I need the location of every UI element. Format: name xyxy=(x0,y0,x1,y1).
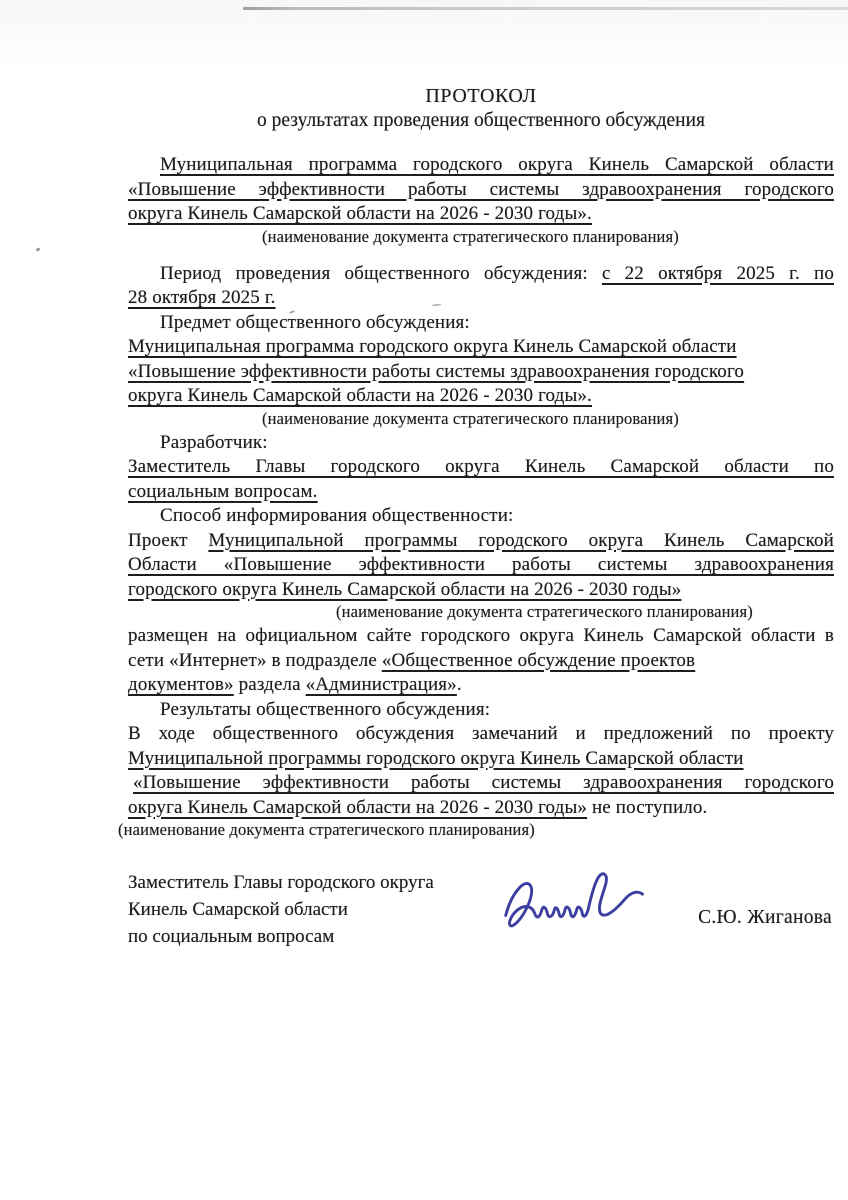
text-line: размещен на официальном сайте городского… xyxy=(128,624,834,649)
caption-line: (наименование документа стратегического … xyxy=(336,603,756,621)
text-segment: не поступило. xyxy=(587,797,707,818)
text-segment: Результаты общественного обсуждения: xyxy=(160,699,490,720)
text-segment: (наименование документа стратегического … xyxy=(336,602,753,621)
text-segment: Проект xyxy=(128,530,208,551)
signer-position-line: Заместитель Главы городского округа xyxy=(128,869,834,896)
text-segment: «Повышение эффективности работы системы … xyxy=(133,772,834,793)
text-line: Способ информирования общественности: xyxy=(128,504,834,529)
signature-ink-path xyxy=(506,874,643,926)
caption-line: (наименование документа стратегического … xyxy=(262,410,682,428)
text-segment: документов» xyxy=(128,674,234,695)
text-segment: «Повышение эффективности работы системы … xyxy=(128,179,834,200)
text-segment: Муниципальной программы городского округ… xyxy=(128,748,744,769)
document-subtitle: о результатах проведения общественного о… xyxy=(128,109,834,134)
text-segment: размещен на официальном сайте городского… xyxy=(128,625,834,646)
text-line: В ходе общественного обсуждения замечани… xyxy=(128,722,834,747)
text-segment: округа Кинель Самарской области на 2026 … xyxy=(128,385,592,406)
text-segment: Муниципальной программы городского округ… xyxy=(208,530,834,551)
text-segment: (наименование документа стратегического … xyxy=(262,409,679,428)
text-segment: Способ информирования общественности: xyxy=(160,505,513,526)
signer-name: С.Ю. Жиганова xyxy=(698,907,832,929)
text-segment: Заместитель Главы городского округа Кине… xyxy=(128,456,834,477)
scan-shading-artifact xyxy=(0,0,848,70)
text-line: Предмет общественного обсуждения: xyxy=(128,311,834,336)
scanned-document-page: ПРОТОКОЛ о результатах проведения общест… xyxy=(0,0,848,1200)
text-line: городского округа Кинель Самарской облас… xyxy=(128,578,834,603)
text-line: Муниципальной программы городского округ… xyxy=(128,747,834,772)
text-segment: (наименование документа стратегического … xyxy=(118,820,535,839)
text-segment: городского округа Кинель Самарской облас… xyxy=(128,579,681,600)
text-line: округа Кинель Самарской области на 2026 … xyxy=(128,796,834,821)
caption-line: (наименование документа стратегического … xyxy=(118,821,538,839)
text-segment: округа Кинель Самарской области на 2026 … xyxy=(128,203,592,224)
text-segment: Муниципальная программа городского округ… xyxy=(128,336,737,357)
text-segment: (наименование документа стратегического … xyxy=(262,227,679,246)
document-title: ПРОТОКОЛ xyxy=(128,84,834,109)
text-line: «Повышение эффективности работы системы … xyxy=(128,771,834,796)
text-segment: раздела xyxy=(234,674,306,695)
text-segment: Предмет общественного обсуждения: xyxy=(160,312,470,333)
text-segment: Муниципальная программа городского округ… xyxy=(160,154,834,175)
text-segment: В ходе общественного обсуждения замечани… xyxy=(128,723,834,744)
text-segment: сети «Интернет» в подразделе xyxy=(128,650,382,671)
text-line: 28 октября 2025 г. xyxy=(128,286,834,311)
signature-block: Заместитель Главы городского округа Кине… xyxy=(128,869,834,959)
document-content: ПРОТОКОЛ о результатах проведения общест… xyxy=(128,84,834,959)
text-line: «Повышение эффективности работы системы … xyxy=(128,360,834,385)
text-segment: Период проведения общественного обсужден… xyxy=(160,263,602,284)
text-line: Результаты общественного обсуждения: xyxy=(128,698,834,723)
text-segment: Области «Повышение эффективности работы … xyxy=(128,554,834,575)
text-segment: Разработчик: xyxy=(160,432,268,453)
text-line: Проект Муниципальной программы городског… xyxy=(128,529,834,554)
text-line: округа Кинель Самарской области на 2026 … xyxy=(128,384,834,409)
text-segment: социальным вопросам. xyxy=(128,481,318,502)
text-line: Разработчик: xyxy=(128,431,834,456)
scan-streak-artifact xyxy=(243,7,848,10)
text-line: социальным вопросам. xyxy=(128,480,834,505)
text-line: документов» раздела «Администрация». xyxy=(128,673,834,698)
text-segment: «Общественное обсуждение проектов xyxy=(382,650,695,671)
caption-line: (наименование документа стратегического … xyxy=(262,228,682,246)
text-segment: . xyxy=(457,674,462,695)
text-line: Муниципальная программа городского округ… xyxy=(128,153,834,178)
document-header: ПРОТОКОЛ о результатах проведения общест… xyxy=(128,84,834,133)
text-line: Заместитель Главы городского округа Кине… xyxy=(128,455,834,480)
text-line: Муниципальная программа городского округ… xyxy=(128,335,834,360)
text-segment: с 22 октября 2025 г. по xyxy=(602,263,834,284)
text-segment: 28 октября 2025 г. xyxy=(128,287,276,308)
text-line: «Повышение эффективности работы системы … xyxy=(128,178,834,203)
text-line: округа Кинель Самарской области на 2026 … xyxy=(128,202,834,227)
signature-ink xyxy=(496,865,656,935)
text-line: Период проведения общественного обсужден… xyxy=(128,262,834,287)
text-line: сети «Интернет» в подразделе «Общественн… xyxy=(128,649,834,674)
scan-speck xyxy=(36,247,41,252)
text-segment: «Повышение эффективности работы системы … xyxy=(128,361,744,382)
text-segment: округа Кинель Самарской области на 2026 … xyxy=(128,797,587,818)
document-body: Муниципальная программа городского округ… xyxy=(128,153,834,839)
text-line: Области «Повышение эффективности работы … xyxy=(128,553,834,578)
text-segment: «Администрация» xyxy=(306,674,457,695)
